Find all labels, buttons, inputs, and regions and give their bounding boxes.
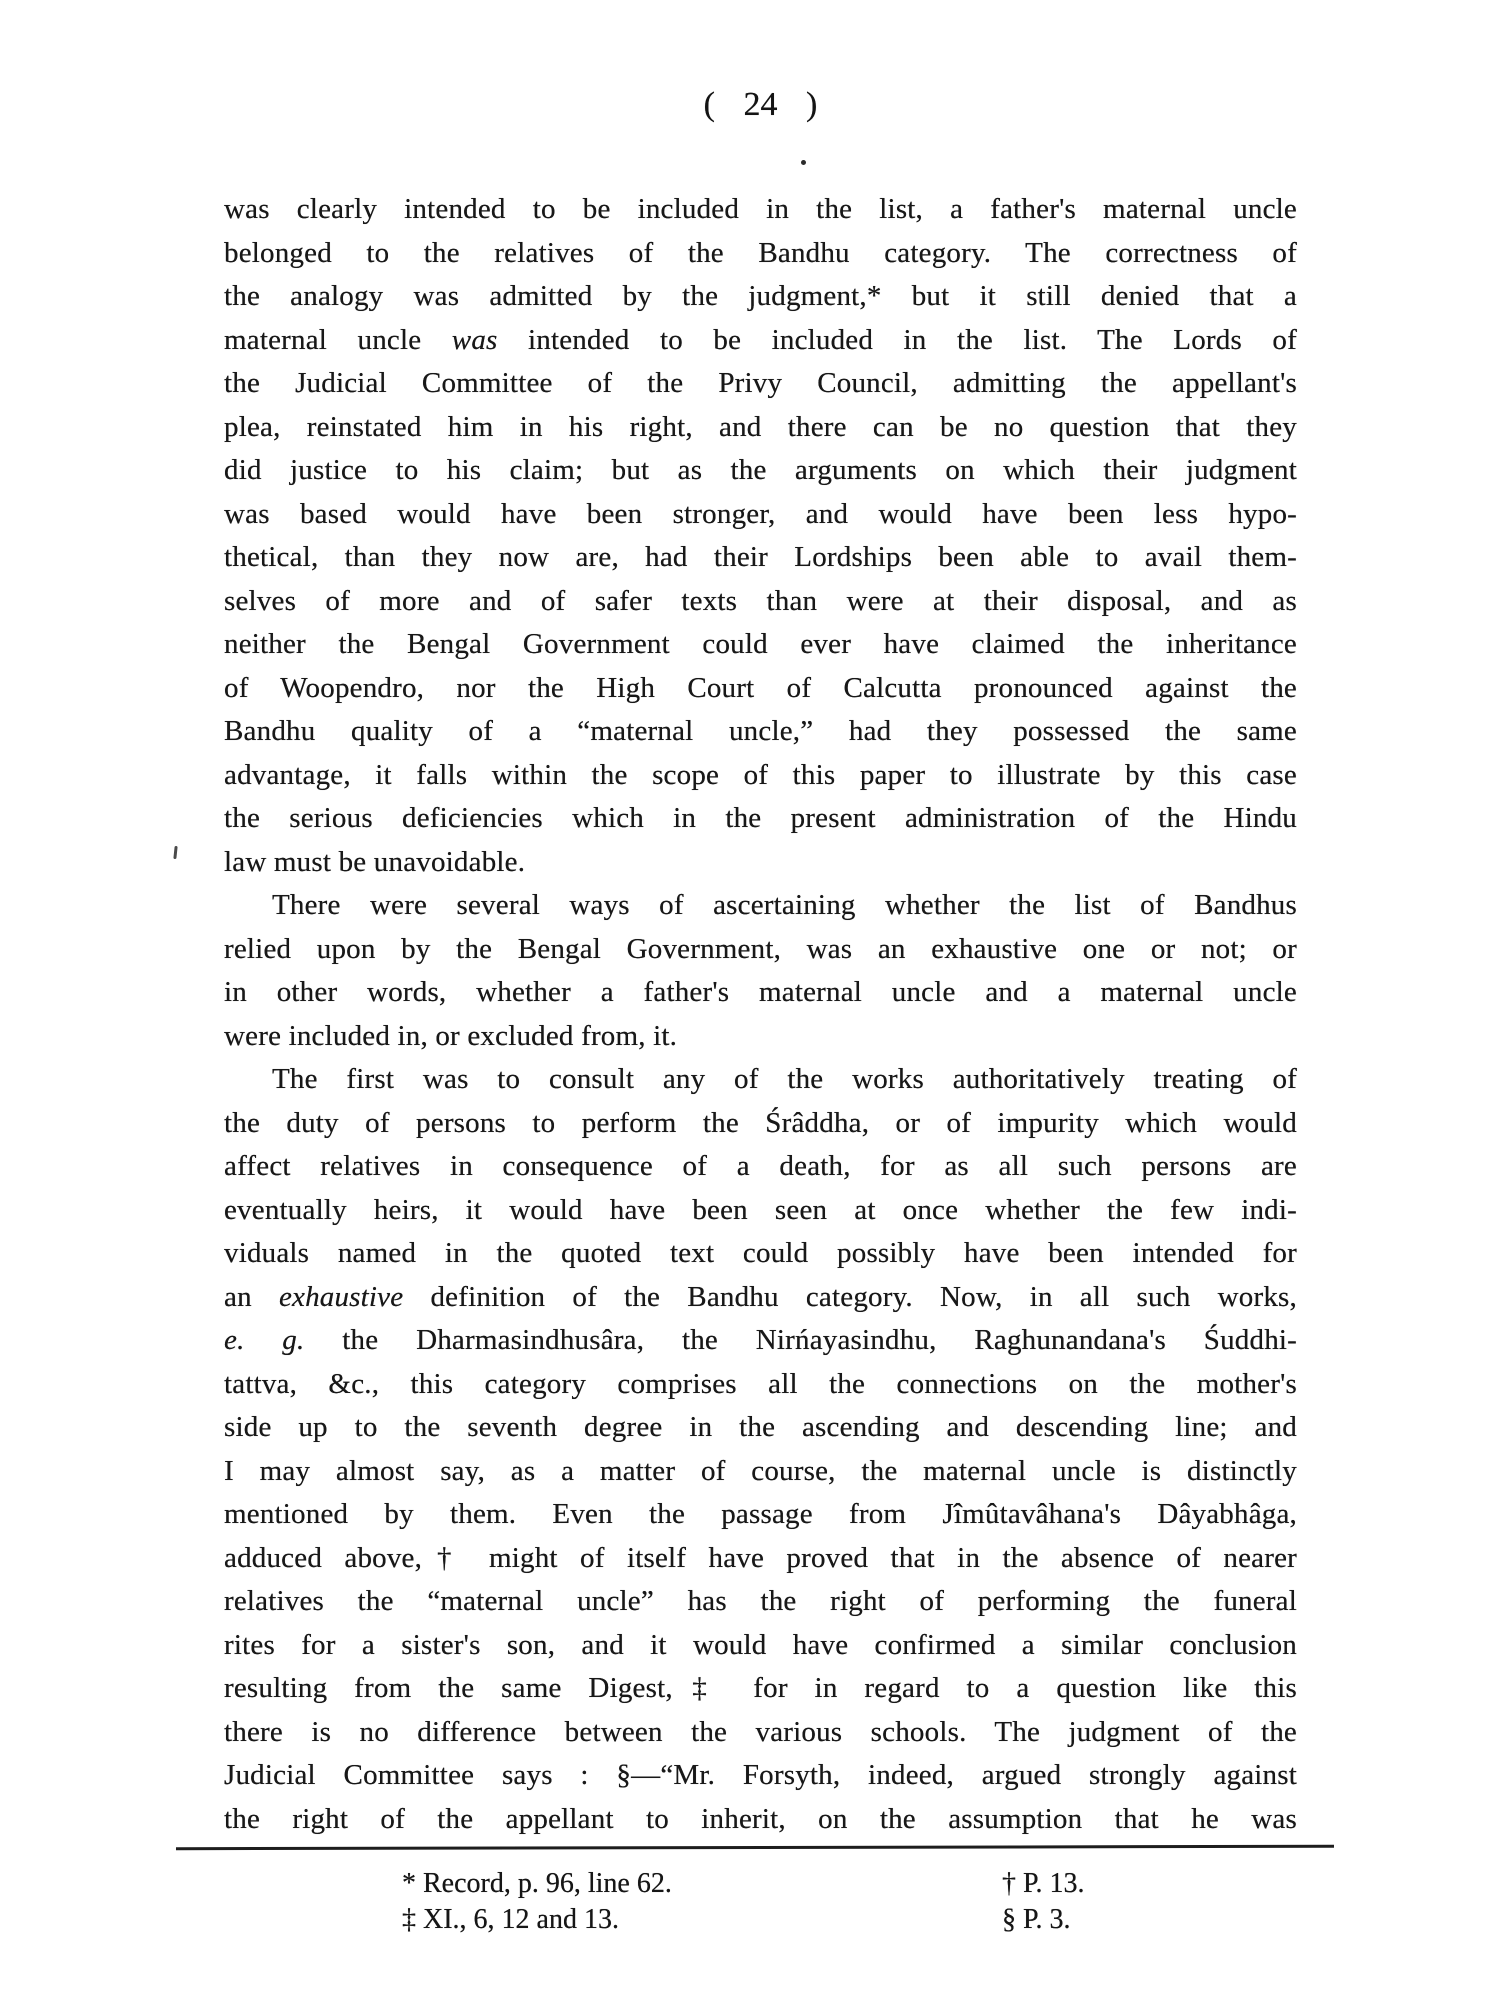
text-line: mentioned by them. Even the passage from…: [224, 1493, 1297, 1537]
text-line: Bandhu quality of a “maternal uncle,” ha…: [224, 710, 1297, 754]
footnotes-left-column: * Record, p. 96, line 62. ‡ XI., 6, 12 a…: [402, 1866, 672, 1938]
text-line: relatives the “maternal uncle” has the r…: [224, 1580, 1297, 1624]
text-line: resulting from the same Digest,‡ for in …: [224, 1667, 1297, 1711]
text-line-paragraph-start: The first was to consult any of the work…: [224, 1058, 1297, 1102]
text-line: an exhaustive definition of the Bandhu c…: [224, 1276, 1297, 1320]
text-line: the right of the appellant to inherit, o…: [224, 1798, 1297, 1842]
text-line: plea, reinstated him in his right, and t…: [224, 406, 1297, 450]
text-line: the Judicial Committee of the Privy Coun…: [224, 362, 1297, 406]
text-line: I may almost say, as a matter of course,…: [224, 1450, 1297, 1494]
text-line: advantage, it falls within the scope of …: [224, 754, 1297, 798]
text-line: there is no difference between the vario…: [224, 1711, 1297, 1755]
text-line: adduced above,† might of itself have pro…: [224, 1537, 1297, 1581]
text-segment-italic: exhaustive: [279, 1281, 403, 1313]
footnote-p3: § P. 3.: [1002, 1902, 1084, 1938]
text-segment: definition of the Bandhu category. Now, …: [403, 1281, 1297, 1313]
text-line: the duty of persons to perform the Śrâdd…: [224, 1102, 1297, 1146]
text-segment: maternal uncle: [224, 324, 452, 356]
text-line: Judicial Committee says : §—“Mr. Forsyth…: [224, 1754, 1297, 1798]
text-line: rites for a sister's son, and it would h…: [224, 1624, 1297, 1668]
text-segment: the Dharmasindhusâra, the Nirńayasindhu,…: [304, 1324, 1297, 1356]
footnote-divider: [176, 1845, 1334, 1850]
footnote-record: * Record, p. 96, line 62.: [402, 1866, 672, 1902]
text-line-paragraph-end: law must be unavoidable.: [224, 841, 1297, 885]
text-line: e. g. the Dharmasindhusâra, the Nirńayas…: [224, 1319, 1297, 1363]
text-line: maternal uncle was intended to be includ…: [224, 319, 1297, 363]
footnotes-right-column: † P. 13. § P. 3.: [1002, 1866, 1084, 1938]
body-text: was clearly intended to be included in t…: [224, 188, 1297, 1841]
footnote-p13: † P. 13.: [1002, 1866, 1084, 1902]
book-page: ( 24 ) was clearly intended to be includ…: [0, 0, 1500, 2000]
text-line: side up to the seventh degree in the asc…: [224, 1406, 1297, 1450]
text-line-paragraph-start: There were several ways of ascertaining …: [224, 884, 1297, 928]
text-segment-italic: was: [452, 324, 498, 356]
text-line: eventually heirs, it would have been see…: [224, 1189, 1297, 1233]
text-line: neither the Bengal Government could ever…: [224, 623, 1297, 667]
text-line: the analogy was admitted by the judgment…: [224, 275, 1297, 319]
footnote-xi: ‡ XI., 6, 12 and 13.: [402, 1902, 672, 1938]
text-line: of Woopendro, nor the High Court of Calc…: [224, 667, 1297, 711]
text-line-paragraph-end: were included in, or excluded from, it.: [224, 1015, 1297, 1059]
text-line: tattva, &c., this category comprises all…: [224, 1363, 1297, 1407]
text-segment-italic: e. g.: [224, 1324, 304, 1356]
text-line: thetical, than they now are, had their L…: [224, 536, 1297, 580]
text-line: viduals named in the quoted text could p…: [224, 1232, 1297, 1276]
text-line: did justice to his claim; but as the arg…: [224, 449, 1297, 493]
scan-artifact-dot: [801, 160, 806, 165]
page-number: ( 24 ): [224, 86, 1297, 124]
text-line: selves of more and of safer texts than w…: [224, 580, 1297, 624]
text-line: in other words, whether a father's mater…: [224, 971, 1297, 1015]
text-line: belonged to the relatives of the Bandhu …: [224, 232, 1297, 276]
text-line: was clearly intended to be included in t…: [224, 188, 1297, 232]
text-line: relied upon by the Bengal Government, wa…: [224, 928, 1297, 972]
scan-artifact-mark: [173, 846, 177, 859]
text-line: was based would have been stronger, and …: [224, 493, 1297, 537]
text-segment: an: [224, 1281, 279, 1313]
text-line: the serious deficiencies which in the pr…: [224, 797, 1297, 841]
text-line: affect relatives in consequence of a dea…: [224, 1145, 1297, 1189]
text-segment: intended to be included in the list. The…: [498, 324, 1297, 356]
